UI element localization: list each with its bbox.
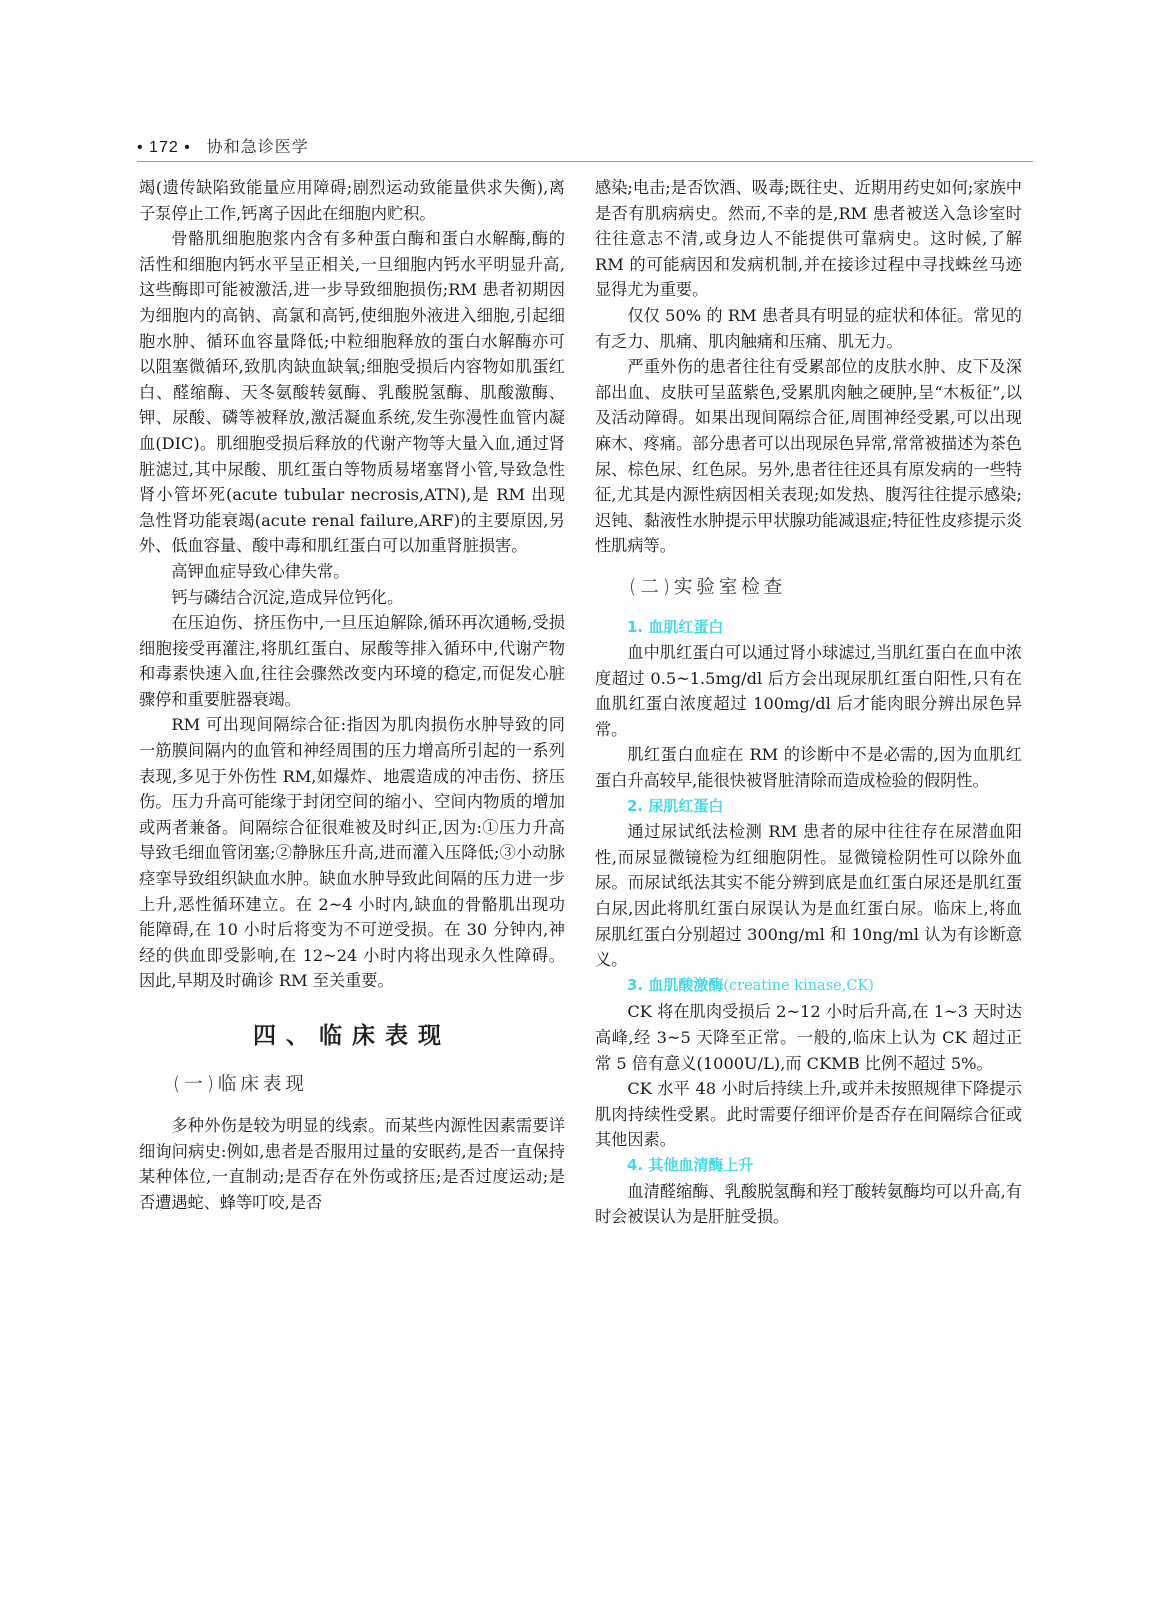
item-heading-text: 3. 血肌酸激酶 [627, 976, 723, 994]
paragraph: CK 将在肌肉受损后 2~12 小时后升高,在 1~3 天时达高峰,经 3~5 … [595, 999, 1022, 1076]
subsection-title: (一)临床表现 [173, 1072, 565, 1098]
paragraph: 肌红蛋白血症在 RM 的诊断中不是必需的,因为血肌红蛋白升高较早,能很快被肾脏清… [595, 742, 1022, 793]
paragraph: 竭(遗传缺陷致能量应用障碍;剧烈运动致能量供求失衡),离子泵停止工作,钙离子因此… [139, 175, 565, 226]
paragraph: 血清醛缩酶、乳酸脱氢酶和羟丁酸转氨酶均可以升高,有时会被误认为是肝脏受损。 [595, 1179, 1022, 1230]
right-column: 感染;电击;是否饮酒、吸毒;既往史、近期用药史如何;家族中是否有肌病病史。然而,… [595, 175, 1022, 1230]
paragraph: 骨骼肌细胞胞浆内含有多种蛋白酶和蛋白水解酶,酶的活性和细胞内钙水平呈正相关,一旦… [139, 226, 565, 559]
item-heading: 1. 血肌红蛋白 [627, 615, 1022, 641]
paragraph: CK 水平 48 小时后持续上升,或并未按照规律下降提示肌肉持续性受累。此时需要… [595, 1076, 1022, 1153]
section-title: 四、临床表现 [139, 1024, 565, 1050]
paragraph: 在压迫伤、挤压伤中,一旦压迫解除,循环再次通畅,受损细胞接受再灌注,将肌红蛋白、… [139, 610, 565, 712]
paragraph: 通过尿试纸法检测 RM 患者的尿中往往存在尿潜血阳性,而尿显微镜检为红细胞阴性。… [595, 819, 1022, 973]
page-number: • 172 • [137, 139, 191, 157]
item-heading: 2. 尿肌红蛋白 [627, 794, 1022, 820]
book-title: 协和急诊医学 [207, 134, 309, 157]
paragraph: 钙与磷结合沉淀,造成异位钙化。 [139, 585, 565, 611]
item-heading-english: (creatine kinase,CK) [723, 978, 874, 994]
paragraph: 高钾血症导致心律失常。 [139, 559, 565, 585]
item-heading: 3. 血肌酸激酶(creatine kinase,CK) [627, 973, 1022, 1000]
paragraph: 多种外伤是较为明显的线索。而某些内源性因素需要详细询问病史:例如,患者是否服用过… [139, 1113, 565, 1215]
paragraph: 血中肌红蛋白可以通过肾小球滤过,当肌红蛋白在血中浓度超过 0.5~1.5mg/d… [595, 640, 1022, 742]
item-heading: 4. 其他血清酶上升 [627, 1153, 1022, 1179]
item-heading-text: 1. 血肌红蛋白 [627, 618, 723, 636]
paragraph: 严重外伤的患者往往有受累部位的皮肤水肿、皮下及深部出血、皮肤可呈蓝紫色,受累肌肉… [595, 354, 1022, 559]
item-heading-text: 4. 其他血清酶上升 [627, 1156, 753, 1174]
left-column: 竭(遗传缺陷致能量应用障碍;剧烈运动致能量供求失衡),离子泵停止工作,钙离子因此… [139, 175, 565, 1216]
running-header: • 172 • 协和急诊医学 [137, 136, 1033, 162]
item-heading-text: 2. 尿肌红蛋白 [627, 797, 723, 815]
paragraph: 感染;电击;是否饮酒、吸毒;既往史、近期用药史如何;家族中是否有肌病病史。然而,… [595, 175, 1022, 303]
paragraph: 仅仅 50% 的 RM 患者具有明显的症状和体征。常见的有乏力、肌痛、肌肉触痛和… [595, 303, 1022, 354]
subsection-title: (二)实验室检查 [629, 575, 1022, 601]
paragraph: RM 可出现间隔综合征:指因为肌肉损伤水肿导致的同一筋膜间隔内的血管和神经周围的… [139, 712, 565, 994]
